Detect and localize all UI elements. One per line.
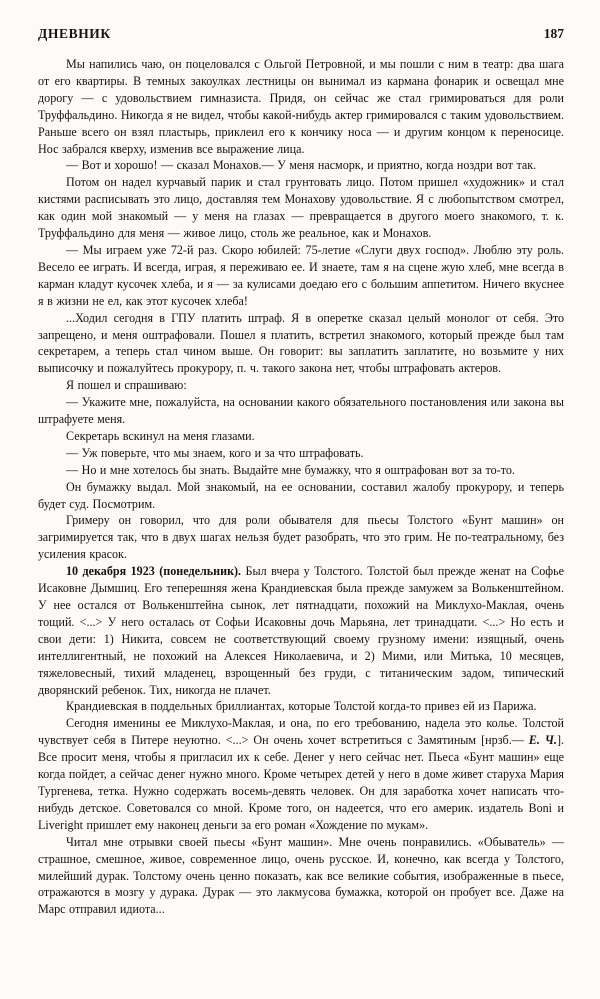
paragraph: Крандиевская в поддельных бриллиантах, к… [38,698,564,715]
text-run: Он бумажку выдал. Мой знакомый, на ее ос… [38,480,564,511]
paragraph: — Укажите мне, пожалуйста, на основании … [38,394,564,428]
text-run: Читал мне отрывки своей пьесы «Бунт маши… [38,835,564,917]
text-run: Гримеру он говорил, что для роли обывате… [38,513,564,561]
text-run: ...Ходил сегодня в ГПУ платить штраф. Я … [38,311,564,376]
paragraph: Читал мне отрывки своей пьесы «Бунт маши… [38,834,564,919]
text-run: Сегодня именины ее Миклухо-Маклая, и она… [38,716,564,747]
paragraph: — Уж поверьте, что мы знаем, кого и за ч… [38,445,564,462]
text-run: Секретарь вскинул на меня глазами. [66,429,255,443]
paragraph: Мы напились чаю, он поцеловался с Ольгой… [38,56,564,157]
text-run: Мы напились чаю, он поцеловался с Ольгой… [38,57,564,156]
date-heading: 10 декабря 1923 (понедельник). [66,564,246,578]
paragraph: Он бумажку выдал. Мой знакомый, на ее ос… [38,479,564,513]
paragraph: 10 декабря 1923 (понедельник). Был вчера… [38,563,564,698]
paragraph: Потом он надел курчавый парик и стал гру… [38,174,564,242]
text-body: Мы напились чаю, он поцеловался с Ольгой… [38,56,564,918]
text-run: — Но и мне хотелось бы знать. Выдайте мн… [66,463,515,477]
text-run: — Мы играем уже 72-й раз. Скоро юбилей: … [38,243,564,308]
text-run: Потом он надел курчавый парик и стал гру… [38,175,564,240]
text-run: — Укажите мне, пожалуйста, на основании … [38,395,564,426]
page-number: 187 [544,26,564,42]
paragraph: — Мы играем уже 72-й раз. Скоро юбилей: … [38,242,564,310]
book-page: ДНЕВНИК 187 Мы напились чаю, он поцелова… [0,0,600,999]
text-run: — Уж поверьте, что мы знаем, кого и за ч… [66,446,364,460]
paragraph: Секретарь вскинул на меня глазами. [38,428,564,445]
text-run: ]. Все просит меня, чтобы я пригласил их… [38,733,564,832]
paragraph: Я пошел и спрашиваю: [38,377,564,394]
paragraph: — Но и мне хотелось бы знать. Выдайте мн… [38,462,564,479]
paragraph: — Вот и хорошо! — сказал Монахов.— У мен… [38,157,564,174]
editor-initials: Е. Ч. [529,733,557,747]
text-run: Я пошел и спрашиваю: [66,378,187,392]
paragraph: Гримеру он говорил, что для роли обывате… [38,512,564,563]
text-run: — Вот и хорошо! — сказал Монахов.— У мен… [66,158,536,172]
text-run: Крандиевская в поддельных бриллиантах, к… [66,699,537,713]
paragraph: Сегодня именины ее Миклухо-Маклая, и она… [38,715,564,833]
paragraph: ...Ходил сегодня в ГПУ платить штраф. Я … [38,310,564,378]
text-run: Был вчера у Толстого. Толстой был прежде… [38,564,564,696]
running-head-title: ДНЕВНИК [38,26,111,42]
running-head: ДНЕВНИК 187 [38,26,564,42]
